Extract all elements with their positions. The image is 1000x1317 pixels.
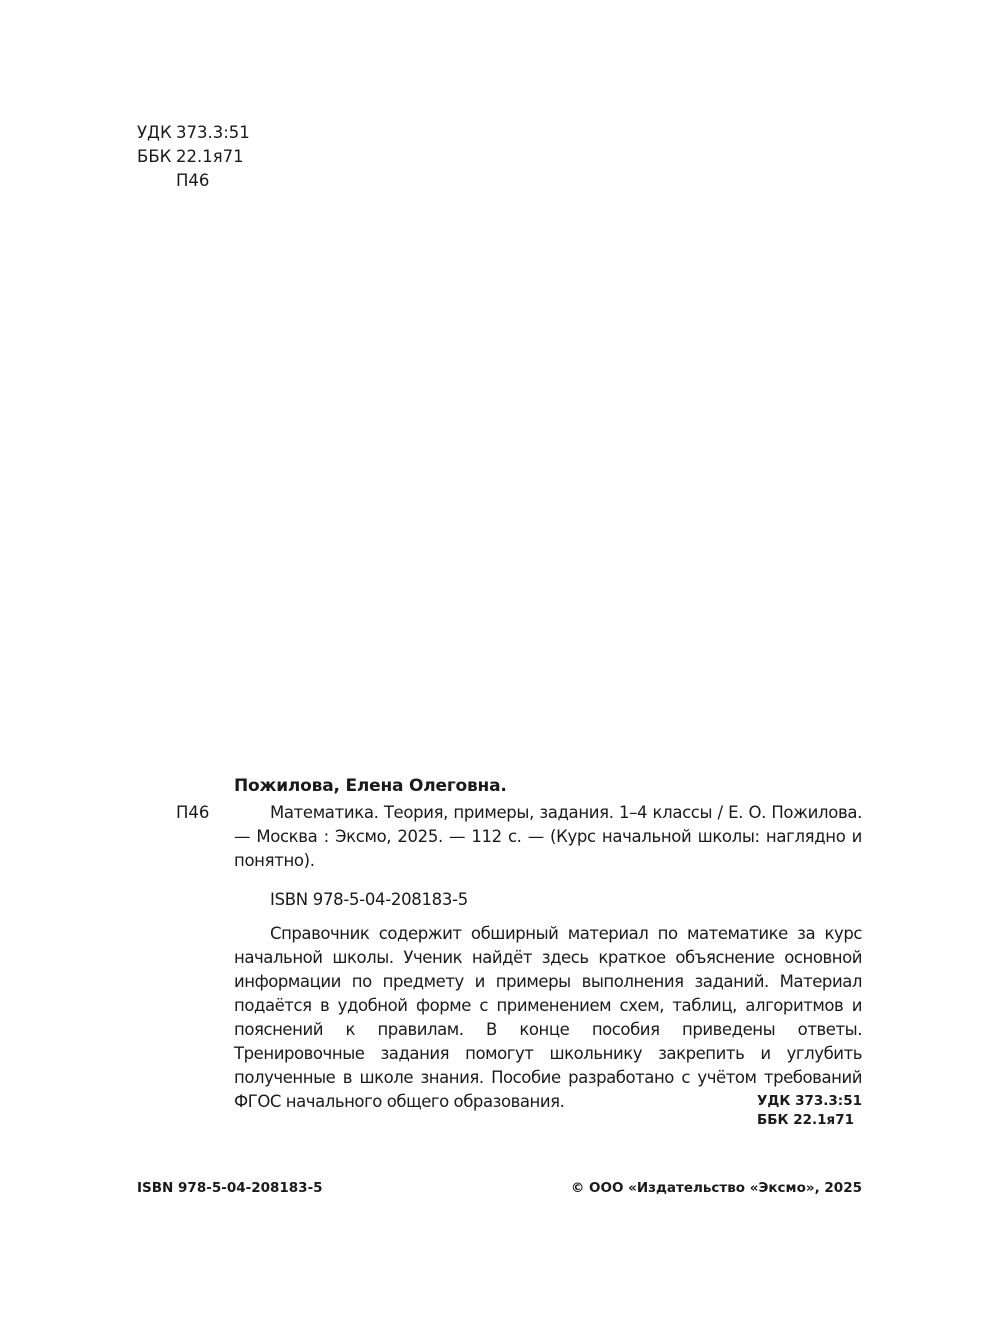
copyright: © ООО «Издательство «Эксмо», 2025 (571, 1178, 862, 1198)
udk-code: УДК 373.3:51 (757, 1092, 862, 1111)
footer-isbn: ISBN 978-5-04-208183-5 (137, 1178, 323, 1198)
annotation: Справочник содержит обширный материал по… (234, 922, 862, 1114)
udk-value: 373.3:51 (176, 121, 250, 145)
bbk-value: 22.1я71 (176, 145, 244, 169)
classification-codes: УДК 373.3:51 ББК 22.1я71 (757, 1092, 862, 1130)
udk-label: УДК (137, 121, 176, 145)
isbn: ISBN 978-5-04-208183-5 (270, 888, 468, 912)
bibliographic-text: Математика. Теория, примеры, задания. 1–… (234, 801, 862, 873)
bbk-code: ББК 22.1я71 (757, 1111, 862, 1130)
author-mark-top: П46 (176, 169, 209, 193)
udk-row: УДК373.3:51 (137, 121, 250, 145)
author-mark: П46 (176, 801, 209, 825)
author-heading: Пожилова, Елена Олеговна. (234, 774, 507, 798)
bibliographic-description: Математика. Теория, примеры, задания. 1–… (234, 801, 862, 873)
bbk-row: ББК22.1я71 (137, 145, 244, 169)
bbk-label: ББК (137, 145, 176, 169)
annotation-text: Справочник содержит обширный материал по… (234, 922, 862, 1114)
